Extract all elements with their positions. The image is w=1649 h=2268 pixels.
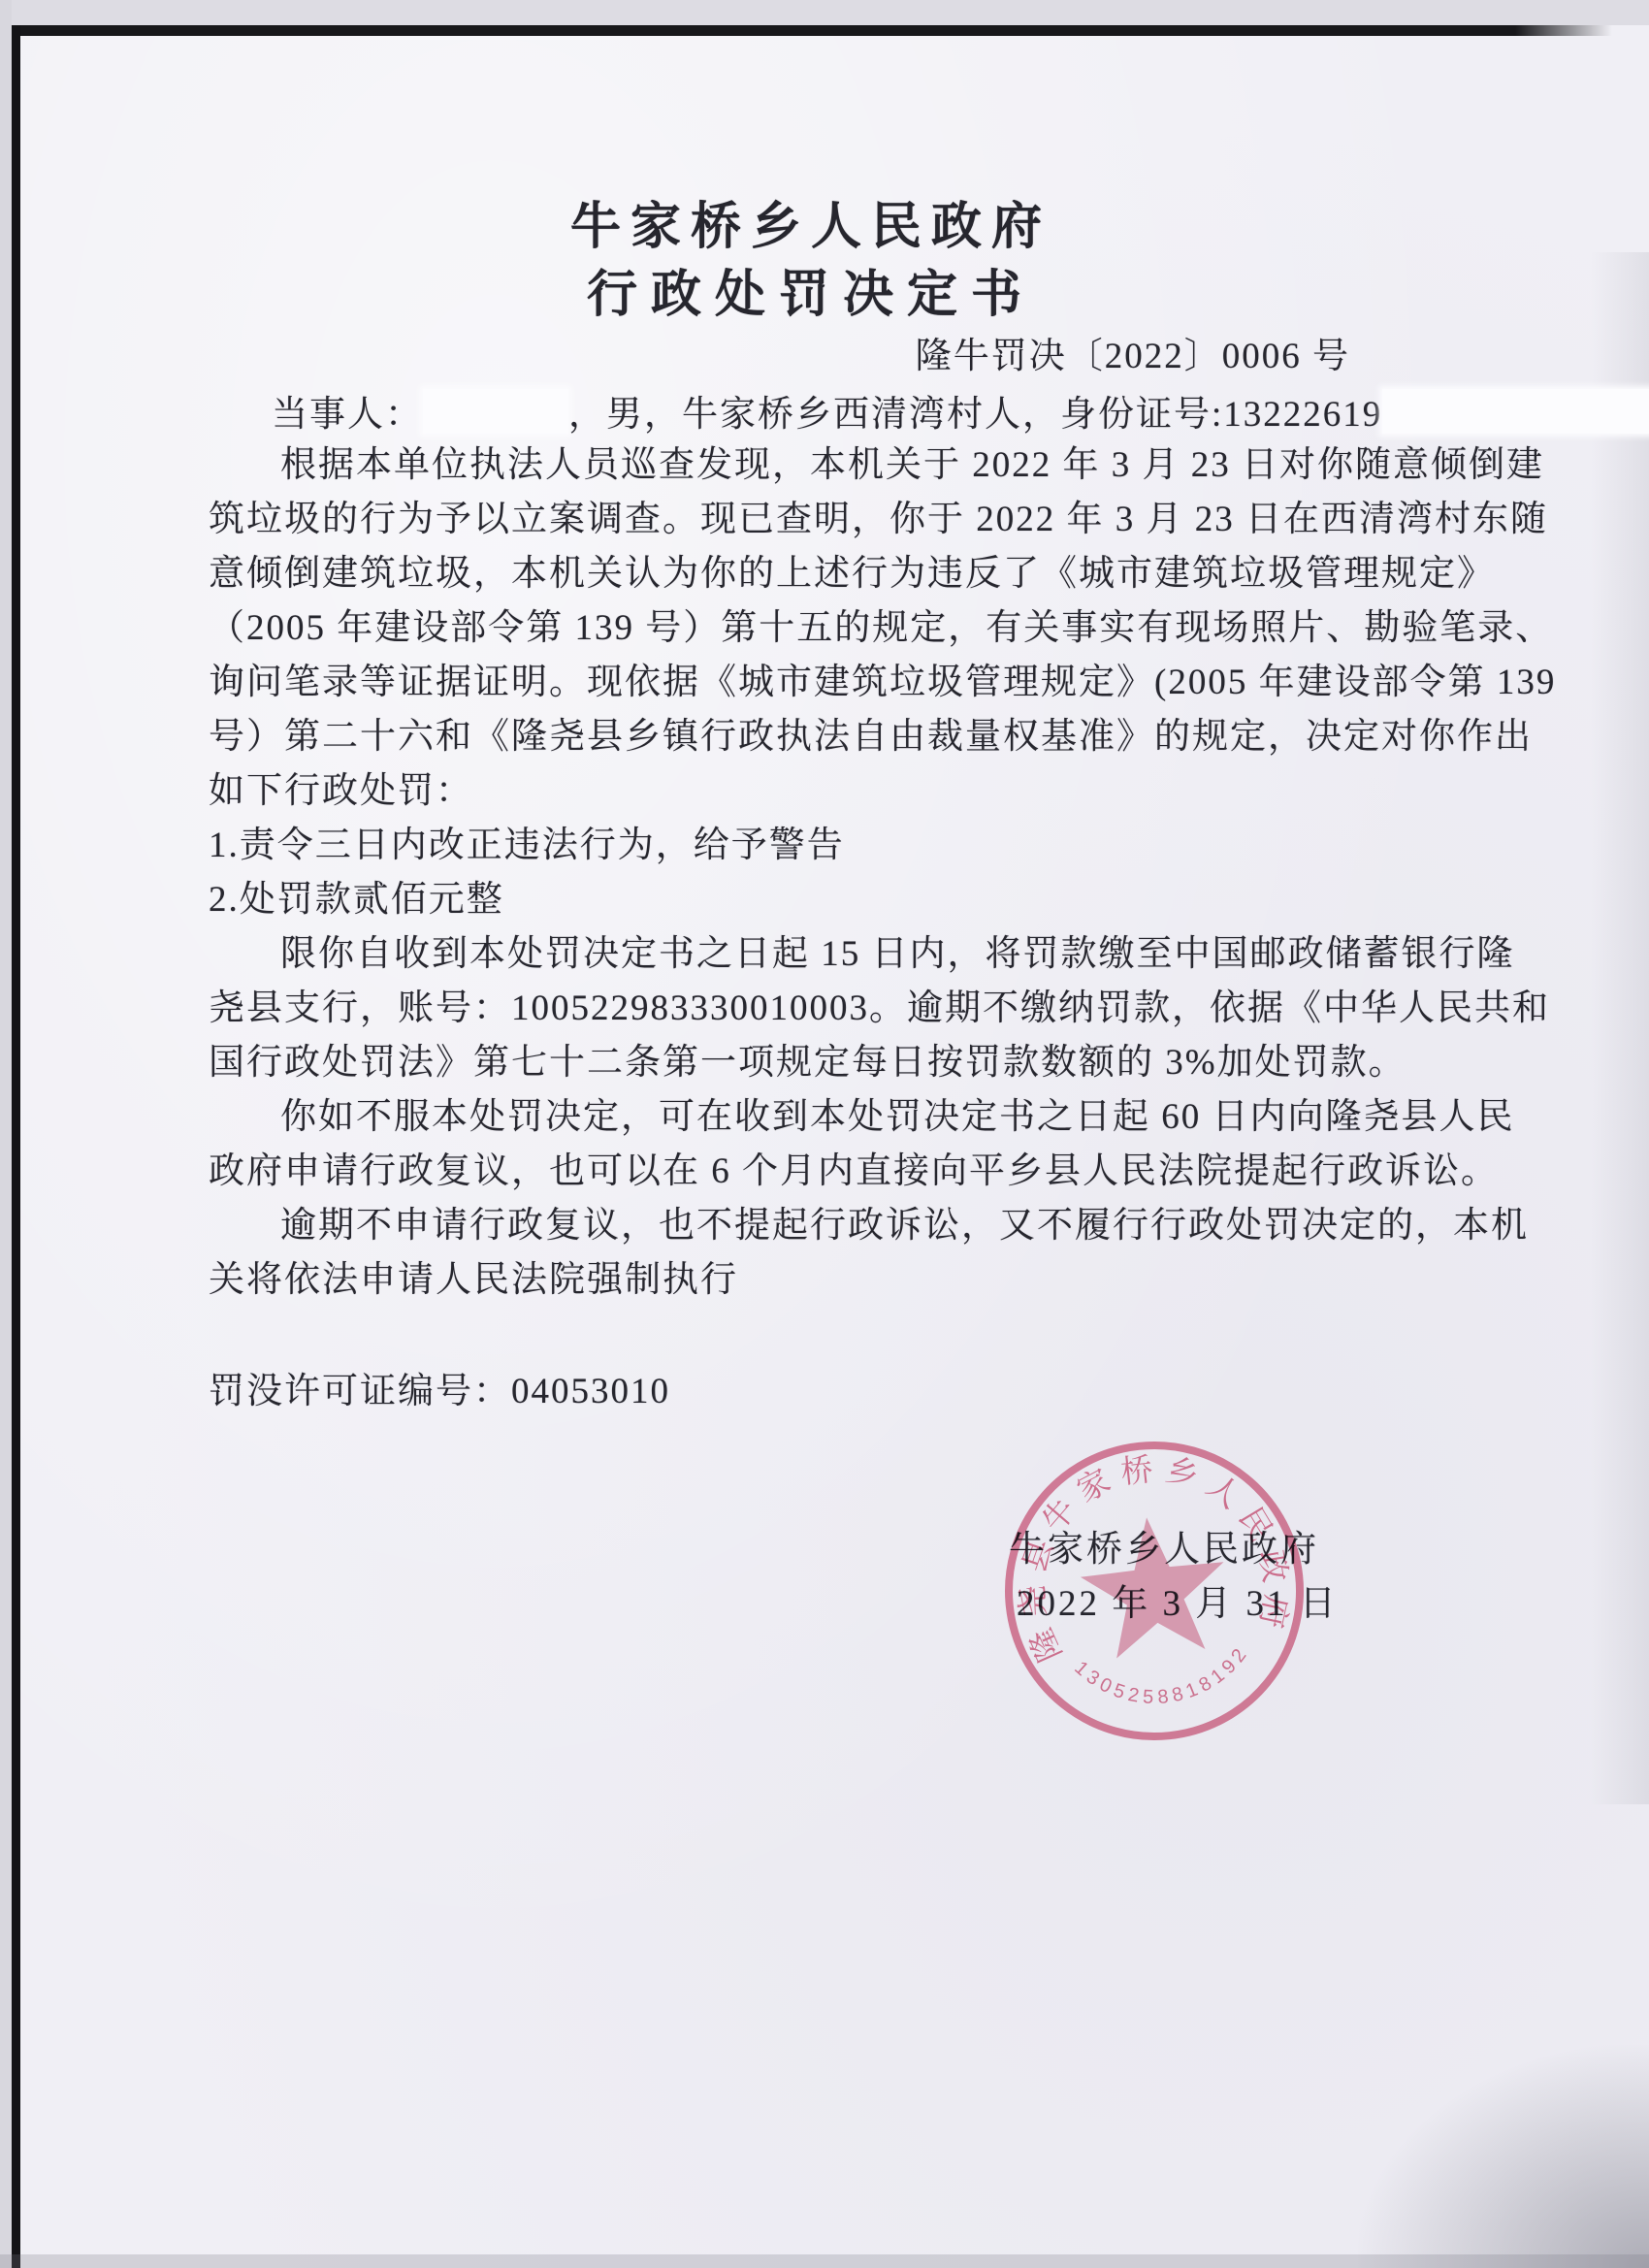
body-line: 限你自收到本处罚决定书之日起 15 日内，将罚款缴至中国邮政储蓄银行隆 (209, 927, 1515, 982)
body-line: 关将依法申请人民法院强制执行 (209, 1253, 738, 1308)
body-line: 如下行政处罚： (209, 764, 473, 819)
body-line: 尧县支行，账号：100522983330010003。逾期不缴纳罚款，依据《中华… (209, 982, 1550, 1036)
penalty-item-1: 1.责令三日内改正违法行为，给予警告 (209, 819, 845, 873)
party-line: 当事人：，男，牛家桥乡西清湾村人，身份证号:13222619 (272, 388, 1649, 442)
body-line: 政府申请行政复议，也可以在 6 个月内直接向平乡县人民法院提起行政诉讼。 (209, 1145, 1499, 1199)
body-line: 号）第二十六和《隆尧县乡镇行政执法自由裁量权基准》的规定，决定对你作出 (209, 710, 1533, 764)
license-number-line: 罚没许可证编号：04053010 (209, 1365, 670, 1419)
seal-code: 1305258818192 (1069, 1639, 1258, 1717)
body-line: （2005 年建设部令第 139 号）第十五的规定，有关事实有现场照片、勘验笔录… (209, 601, 1553, 656)
scan-shadow-right (1591, 252, 1649, 1804)
body-line: 国行政处罚法》第七十二条第一项规定每日按罚款数额的 3%加处罚款。 (209, 1036, 1406, 1090)
body-line: 你如不服本处罚决定，可在收到本处罚决定书之日起 60 日内向隆尧县人民 (209, 1090, 1515, 1145)
body-line: 逾期不申请行政复议，也不提起行政诉讼，又不履行行政处罚决定的，本机 (209, 1199, 1529, 1253)
scan-shadow-bottom (0, 2254, 1649, 2268)
page-title: 牛家桥乡人民政府 (0, 199, 1635, 257)
penalty-item-2: 2.处罚款贰佰元整 (209, 873, 504, 927)
page-subtitle: 行政处罚决定书 (0, 267, 1635, 325)
scan-shadow-corner (1358, 2045, 1649, 2268)
body-line: 询问笔录等证据证明。现依据《城市建筑垃圾管理规定》(2005 年建设部令第 13… (209, 656, 1556, 710)
body-line: 根据本单位执法人员巡查发现，本机关于 2022 年 3 月 23 日对你随意倾倒… (209, 438, 1544, 493)
official-seal: 隆尧县牛家桥乡人民政府 1305258818192 (941, 1377, 1368, 1804)
official-seal-graphic: 隆尧县牛家桥乡人民政府 1305258818192 (941, 1377, 1368, 1804)
scan-edge-left-line (12, 25, 20, 2268)
seal-star-icon (1075, 1510, 1232, 1662)
doc-number: 隆牛罚决〔2022〕0006 号 (916, 330, 1350, 384)
body-line: 筑垃圾的行为予以立案调查。现已查明，你于 2022 年 3 月 23 日在西清湾… (209, 493, 1548, 547)
redaction-block-id (1382, 389, 1649, 434)
scan-edge-top (0, 0, 1649, 25)
body-line: 意倾倒建筑垃圾，本机关认为你的上述行为违反了《城市建筑垃圾管理规定》 (209, 547, 1495, 601)
scanned-document-page: 牛家桥乡人民政府 行政处罚决定书 隆牛罚决〔2022〕0006 号 当事人：，男… (0, 0, 1649, 2268)
redaction-block-name (423, 389, 568, 434)
party-label: 当事人： (272, 395, 423, 435)
scan-edge-left (0, 0, 12, 2268)
scan-edge-top-line (0, 25, 1612, 36)
svg-text:1305258818192: 1305258818192 (1069, 1639, 1258, 1717)
party-details: ，男，牛家桥乡西清湾村人，身份证号:13222619 (568, 395, 1382, 435)
